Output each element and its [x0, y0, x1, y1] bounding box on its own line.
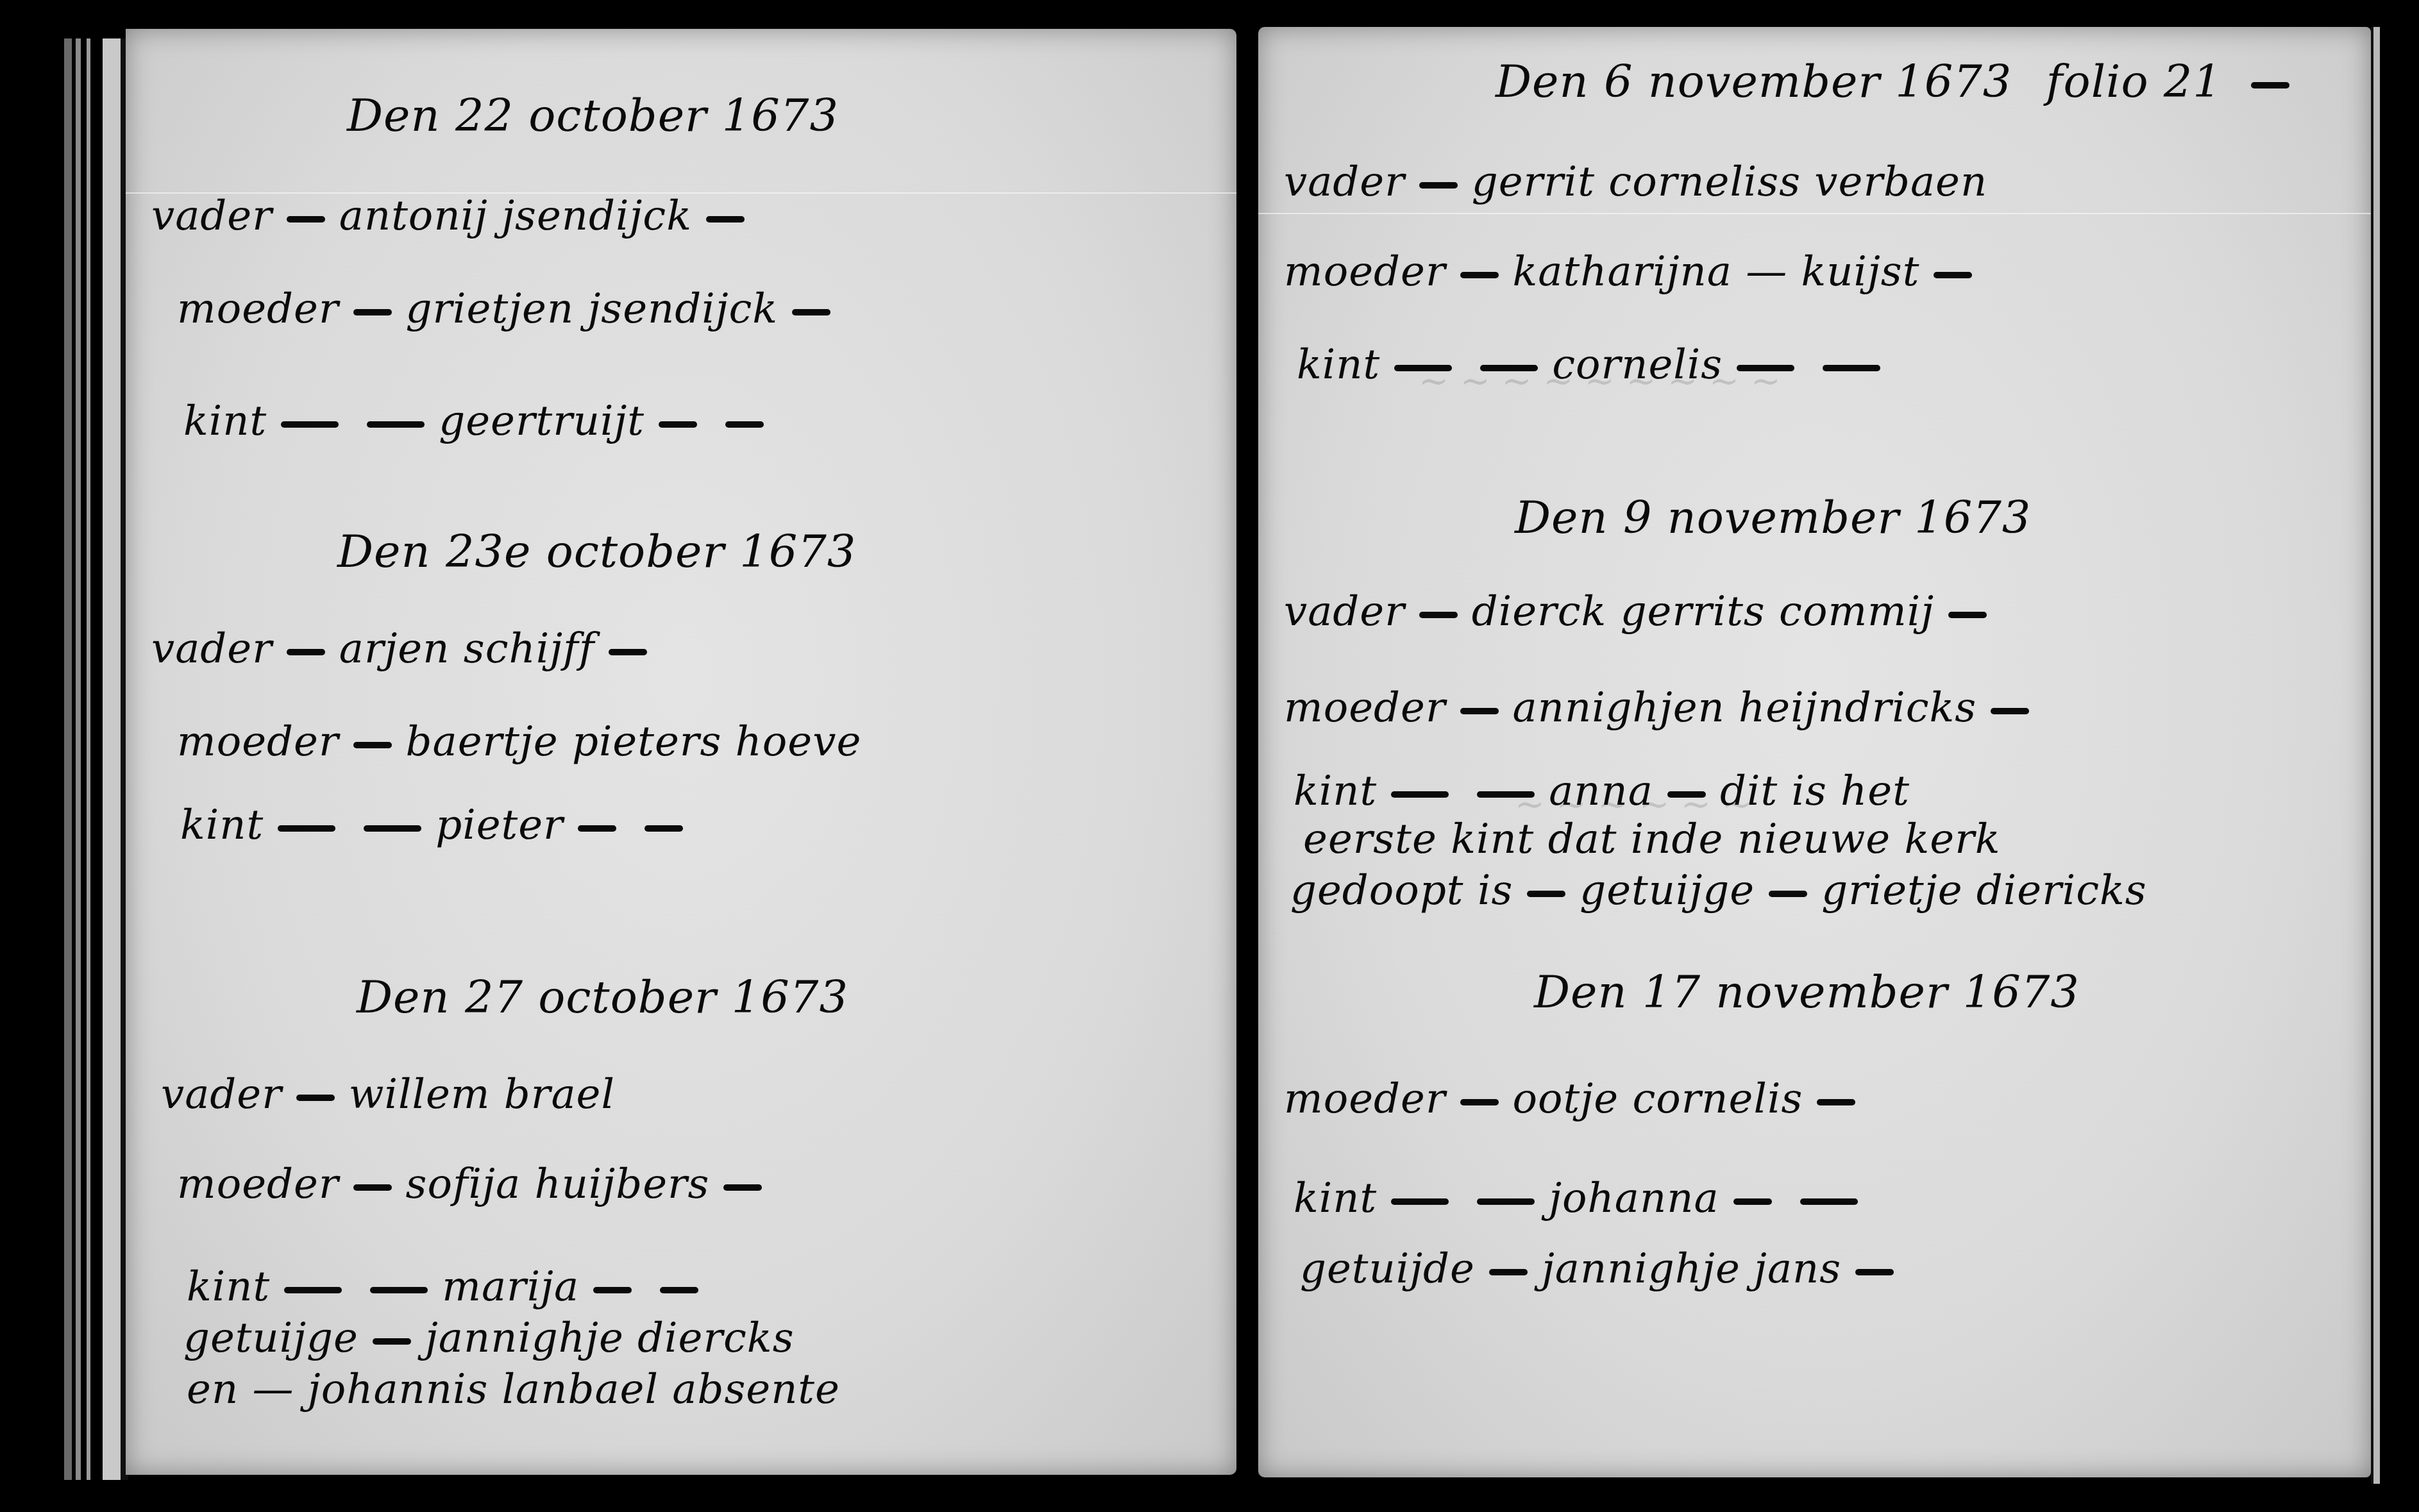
father-name: antonij jsendijck [339, 192, 692, 240]
mother-name: annighjen heijndricks [1513, 684, 1977, 732]
dash [725, 421, 764, 428]
dash [1800, 1198, 1858, 1205]
dash [659, 421, 697, 428]
dash [287, 216, 325, 223]
entry-date: Den 9 november 1673 [1515, 495, 2031, 540]
mother-name: baertje pieters hoeve [406, 718, 862, 766]
child-name: anna [1549, 768, 1653, 815]
dash [1460, 708, 1499, 714]
dash [723, 1184, 762, 1191]
mother-label: moeder [1284, 248, 1446, 296]
mother-name: ootje cornelis [1513, 1075, 1803, 1123]
dash [278, 825, 335, 832]
mother-line: moederannighjen heijndricks [1284, 687, 2043, 728]
witness-name: jannighje diercks [425, 1315, 795, 1362]
mother-line: moederootje cornelis [1284, 1079, 1869, 1120]
mother-label: moeder [177, 718, 339, 766]
father-name: willem brael [349, 1071, 615, 1118]
father-name: arjen schijff [339, 625, 595, 673]
dash [364, 825, 421, 832]
mother-label: moeder [1284, 1075, 1446, 1123]
dash [281, 421, 339, 428]
dash [1419, 612, 1458, 618]
child-name: geertruijt [439, 398, 645, 445]
book-spine-strip [76, 38, 81, 1480]
dash [1419, 182, 1458, 189]
child-name: cornelis [1552, 341, 1723, 389]
child-line: kintpieter [180, 805, 697, 846]
entry-date: Den 6 november 1673 [1496, 55, 2012, 108]
father-label: vader [151, 192, 273, 240]
father-line: vaderdierck gerrits commij [1284, 591, 2001, 632]
book-spine-strip [64, 38, 72, 1480]
dash [660, 1287, 698, 1293]
dash [373, 1338, 411, 1345]
mother-name: sofija huijbers [406, 1161, 710, 1208]
child-label: kint [183, 398, 267, 445]
mother-line: moedergrietjen jsendijck [177, 289, 845, 330]
dash [1948, 612, 1987, 618]
child-line: kintmarija [187, 1266, 712, 1307]
book-gutter [1236, 0, 1258, 1512]
child-line: kintjohanna [1294, 1178, 1872, 1219]
book-spine-strip [103, 38, 122, 1480]
note-text: dit is het [1720, 768, 1910, 815]
father-name: dierck gerrits commij [1472, 588, 1934, 635]
entry-date-with-folio: Den 6 november 1673 folio 21 [1496, 59, 2304, 104]
father-line: vaderwillem brael [161, 1074, 615, 1115]
dash [1394, 365, 1452, 371]
dash [1391, 1198, 1449, 1205]
note-line: eerste kint dat inde nieuwe kerk [1303, 819, 2001, 860]
dash [1527, 891, 1565, 897]
child-label: kint [1297, 341, 1380, 389]
dash [353, 742, 392, 748]
dash [1769, 891, 1807, 897]
dash [578, 825, 616, 832]
child-line: kintannadit is het [1294, 771, 1910, 812]
entry-date: Den 23e october 1673 [337, 529, 856, 574]
child-label: kint [187, 1263, 270, 1311]
dash [1817, 1099, 1855, 1105]
mother-name: katharijna — kuijst [1513, 248, 1920, 296]
mother-line: moederkatharijna — kuijst [1284, 251, 1986, 292]
paper-crease [1258, 213, 2371, 214]
dash [1991, 708, 2029, 714]
dash [2251, 82, 2289, 88]
child-label: kint [180, 802, 264, 849]
father-line: vadergerrit corneliss verbaen [1284, 162, 1987, 203]
dash [287, 649, 325, 655]
father-label: vader [151, 625, 273, 673]
father-label: vader [161, 1071, 282, 1118]
mother-label: moeder [177, 285, 339, 333]
father-name: gerrit corneliss verbaen [1472, 158, 1987, 206]
witness-line: getuijgejannighje diercks [183, 1318, 794, 1359]
dash [1460, 272, 1499, 278]
folio-number: folio 21 [2046, 55, 2222, 108]
dash [1733, 1198, 1772, 1205]
father-label: vader [1284, 588, 1405, 635]
dash [284, 1287, 342, 1293]
witness-label: getuijge [183, 1315, 358, 1362]
dash [792, 309, 830, 315]
book-spine-strip [87, 38, 90, 1480]
entry-date: Den 22 october 1673 [347, 93, 839, 138]
dash [1855, 1269, 1894, 1275]
mother-label: moeder [1284, 684, 1446, 732]
father-line: vaderarjen schijff [151, 628, 661, 669]
dash [296, 1095, 335, 1101]
dash [1480, 365, 1538, 371]
dash [367, 421, 425, 428]
dash [1934, 272, 1972, 278]
mother-line: moederbaertje pieters hoeve [177, 721, 861, 762]
child-label: kint [1294, 768, 1377, 815]
dash [1477, 791, 1535, 798]
dash [353, 1184, 392, 1191]
dash [370, 1287, 428, 1293]
witness-note-line: en — johannis lanbael absente [187, 1369, 840, 1410]
child-line: kintgeertruijt [183, 401, 778, 442]
dash [1489, 1269, 1528, 1275]
right-page: ~ ~ ~ ~ ~ ~ ~ ~ ~ ~ ~ ~ ~ ~ ~ Den 6 nove… [1258, 27, 2371, 1477]
child-name: pieter [435, 802, 564, 849]
witness-name: jannighje jans [1542, 1245, 1841, 1293]
father-line: vaderantonij jsendijck [151, 196, 759, 237]
mother-name: grietjen jsendijck [406, 285, 779, 333]
child-name: marija [442, 1263, 579, 1311]
entry-date: Den 17 november 1673 [1534, 970, 2080, 1014]
dash [1391, 791, 1449, 798]
note-text: gedoopt is [1290, 867, 1513, 914]
dash [1737, 365, 1794, 371]
child-name: johanna [1549, 1175, 1719, 1222]
father-label: vader [1284, 158, 1405, 206]
child-line: kintcornelis [1297, 344, 1894, 385]
dash [353, 309, 392, 315]
mother-line: moedersofija huijbers [177, 1164, 776, 1205]
dash [1460, 1099, 1499, 1105]
note-witness-line: gedoopt isgetuijgegrietje diericks [1290, 870, 2147, 911]
witness-line: getuijdejannighje jans [1300, 1248, 1908, 1289]
witness-name: grietje diericks [1821, 867, 2147, 914]
dash [645, 825, 683, 832]
dash [1667, 791, 1706, 798]
left-page: Den 22 october 1673 vaderantonij jsendij… [126, 29, 1236, 1475]
entry-date: Den 27 october 1673 [357, 975, 848, 1020]
child-label: kint [1294, 1175, 1377, 1222]
witness-label: getuijge [1580, 867, 1755, 914]
mother-label: moeder [177, 1161, 339, 1208]
dash [593, 1287, 632, 1293]
dash [1823, 365, 1880, 371]
witness-label: getuijde [1300, 1245, 1475, 1293]
dash [1477, 1198, 1535, 1205]
dash [609, 649, 647, 655]
dash [706, 216, 745, 223]
